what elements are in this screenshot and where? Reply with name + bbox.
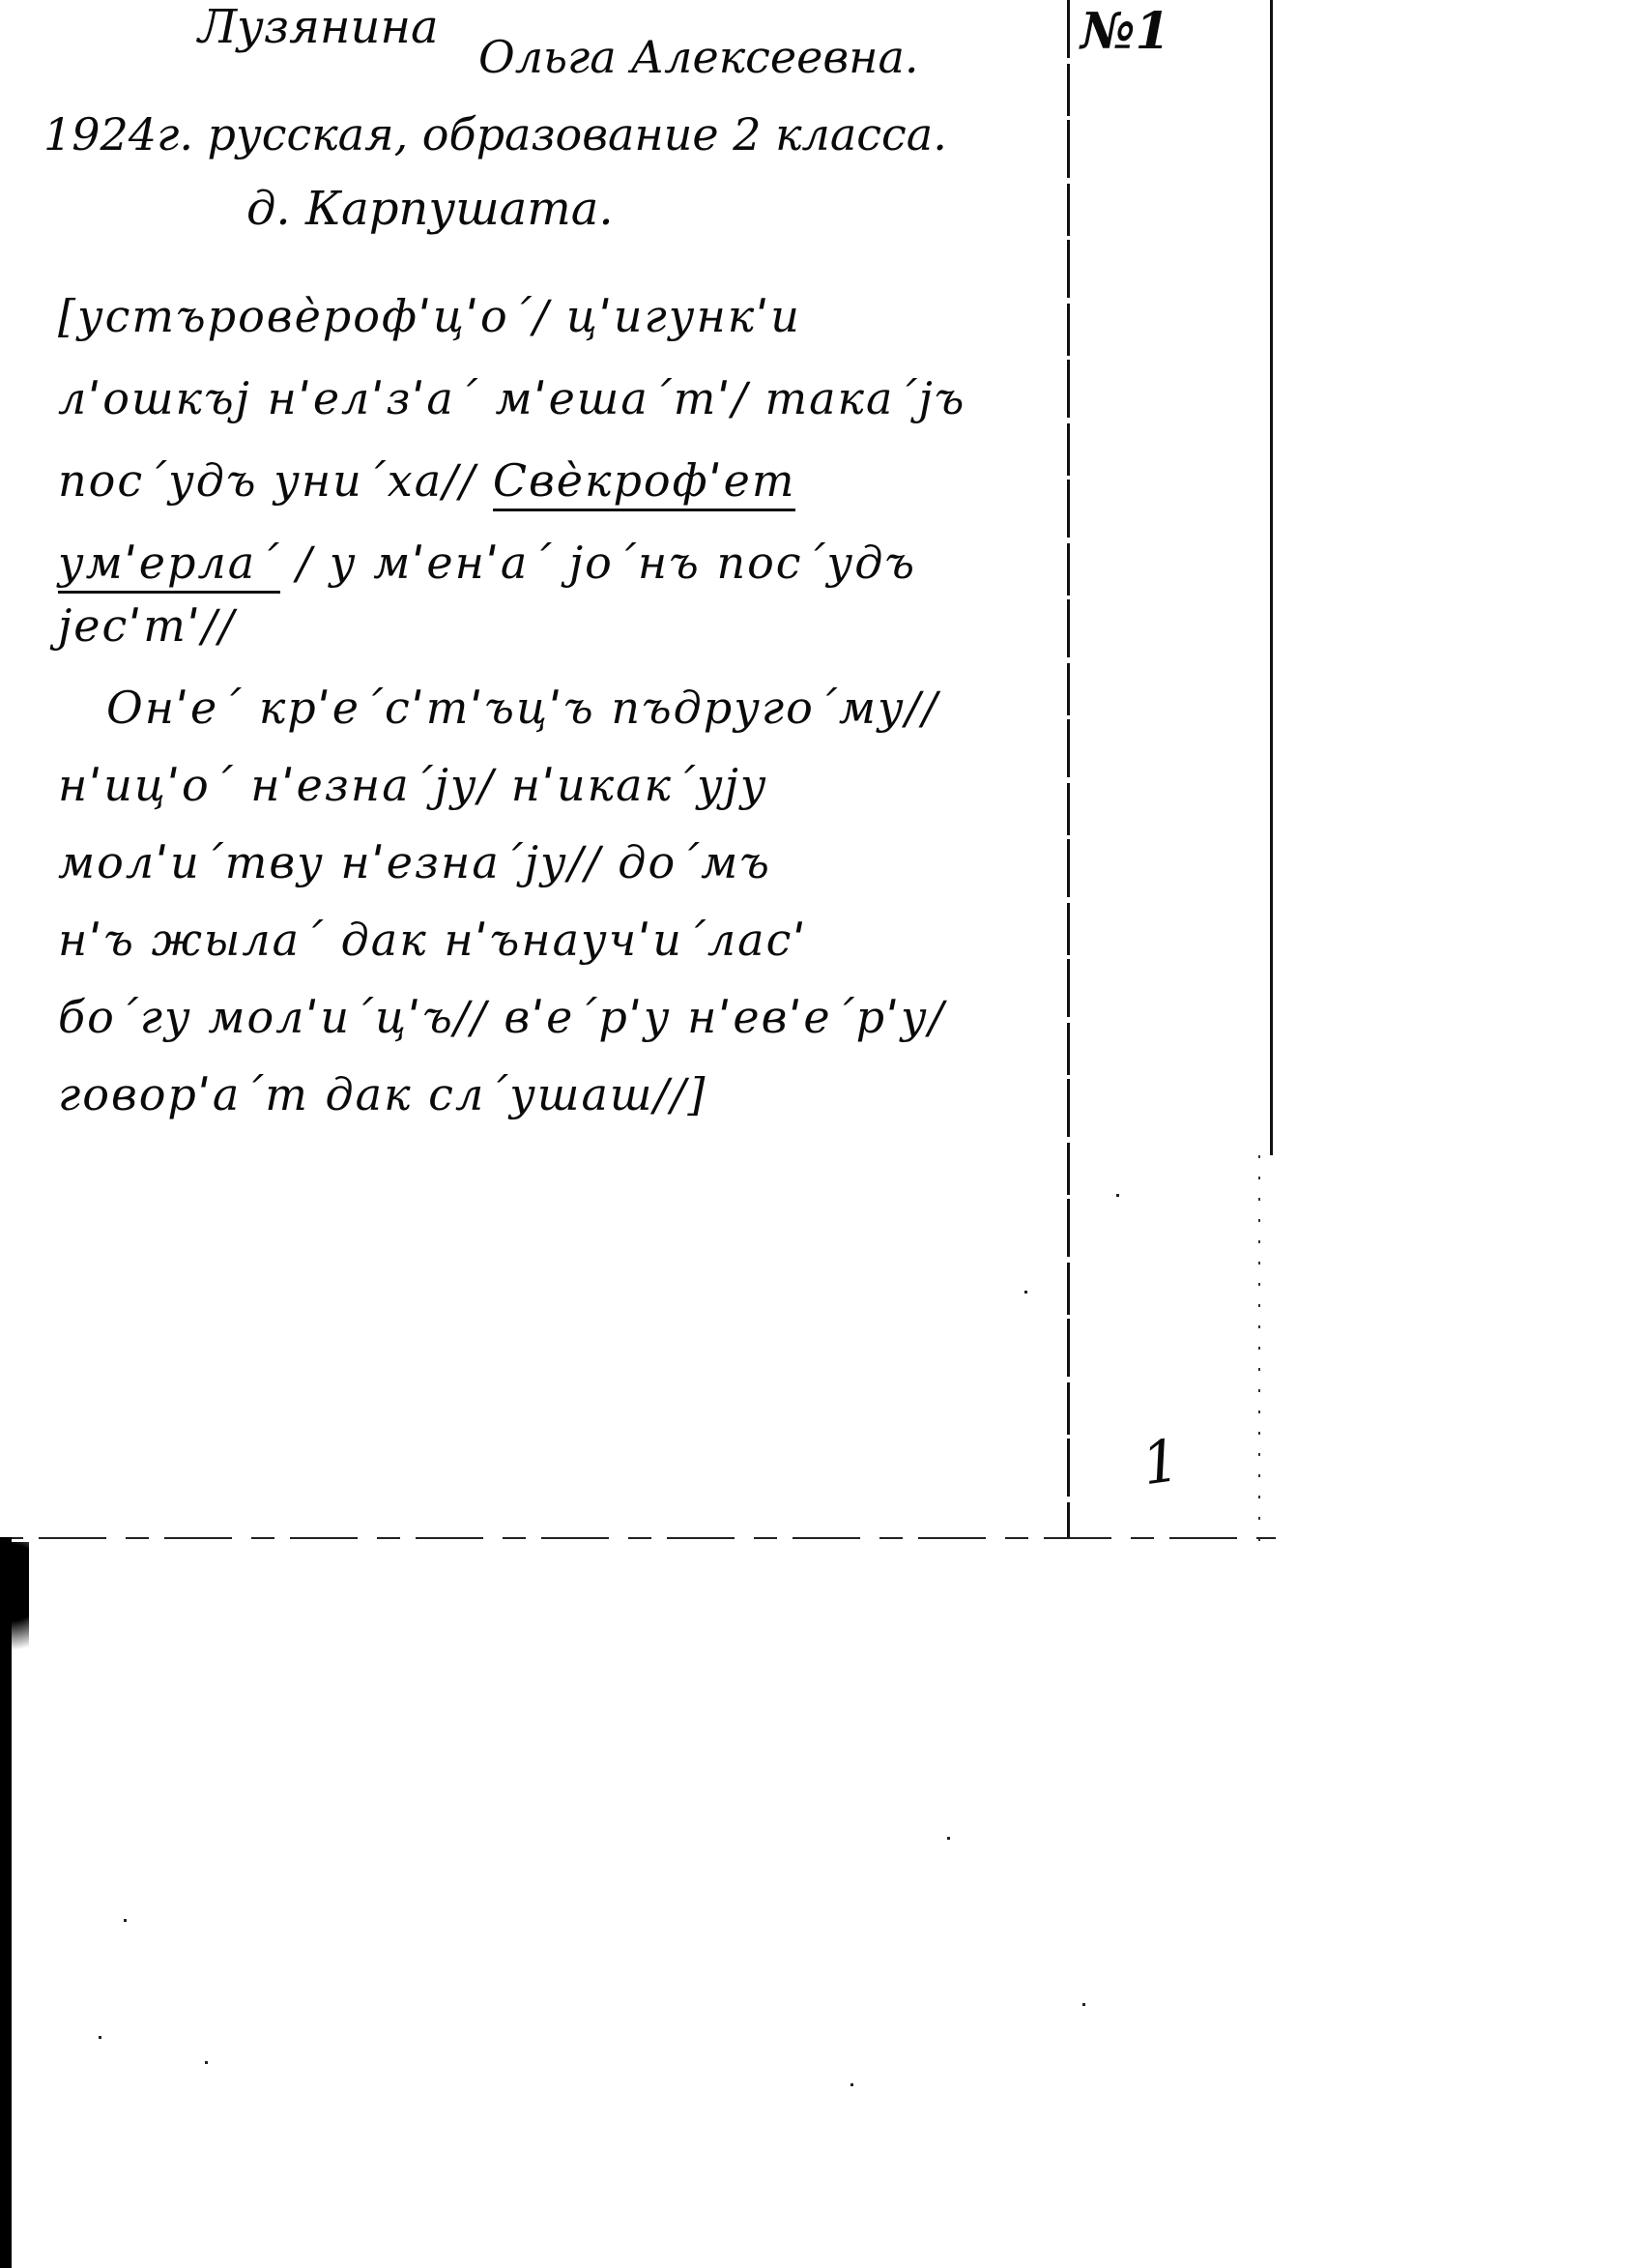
card-outer-border-faded (1258, 1155, 1260, 1542)
scan-speck (947, 1837, 950, 1840)
transcription-line-9: нˈъ жылаˊ дак нˈънаучˈиˊлаcˈ (58, 914, 807, 966)
transcription-line-8: молˈиˊтву нˈезнаˊју// доˊмъ (58, 836, 771, 888)
scan-speck (205, 2061, 208, 2064)
underlined-word-umerla: умˈерлаˊ (58, 537, 280, 594)
scan-dark-edge-ragged (8, 1542, 29, 1677)
transcription-line-7: нˈицˈоˊ нˈезнаˊју/ нˈикакˊују (58, 759, 768, 811)
transcription-line-11: говорˈаˊт дак слˊушаш//] (58, 1068, 706, 1120)
card-inner-vertical-border (1067, 0, 1070, 1537)
transcription-line-2: лˈошкъј нˈелˈзˈаˊ мˈешаˊтˈ/ такаˊјъ (58, 372, 966, 424)
transcription-line-4-rest: / у мˈенˈаˊ јоˊнъ посˊудъ (297, 537, 916, 589)
page-number-mark: 1 (1138, 1427, 1184, 1499)
transcription-line-10: боˊгу молˈиˊцˈъ// вˈеˊрˈу нˈевˈеˊрˈу/ (58, 991, 945, 1043)
scan-speck (1116, 1194, 1119, 1197)
informant-village: д. Карпушата. (246, 182, 614, 236)
transcription-line-1: [устъровѐрофˈцˈоˊ/ цˈигункˈи (58, 290, 801, 342)
scan-speck (850, 2083, 853, 2086)
transcription-line-6: Онˈеˊ крˈеˊсˈтˈъцˈъ пъдругоˊму// (106, 682, 939, 734)
transcription-line-4: умˈерлаˊ умˈерлаˊ/ у мˈенˈаˊ јоˊнъ посˊу… (58, 537, 916, 589)
card-number-label: №1 (1081, 2, 1170, 61)
transcription-line-3-text: посˊудъ униˊха// (58, 454, 476, 507)
scan-speck (1024, 1291, 1027, 1294)
underlined-word-svekrov: Свѐкрофˈет (493, 454, 796, 511)
transcription-line-5: јесˈтˈ// (58, 599, 236, 652)
transcription-line-3: посˊудъ униˊха// Свѐкрофˈет (58, 454, 795, 507)
scan-speck (99, 2036, 101, 2039)
scanned-card-page: №1 Лузянина Ольга Алексеевна. 1924г. рус… (0, 0, 1643, 2268)
card-bottom-border (0, 1537, 1276, 1539)
informant-surname: Лузянина (198, 0, 439, 54)
scan-speck (124, 1919, 127, 1922)
card-outer-vertical-border (1270, 0, 1273, 1155)
scan-speck (1082, 2003, 1085, 2006)
informant-info-line: 1924г. русская, образование 2 класса. (43, 108, 947, 160)
informant-name-patronymic: Ольга Алексеевна. (478, 31, 919, 83)
